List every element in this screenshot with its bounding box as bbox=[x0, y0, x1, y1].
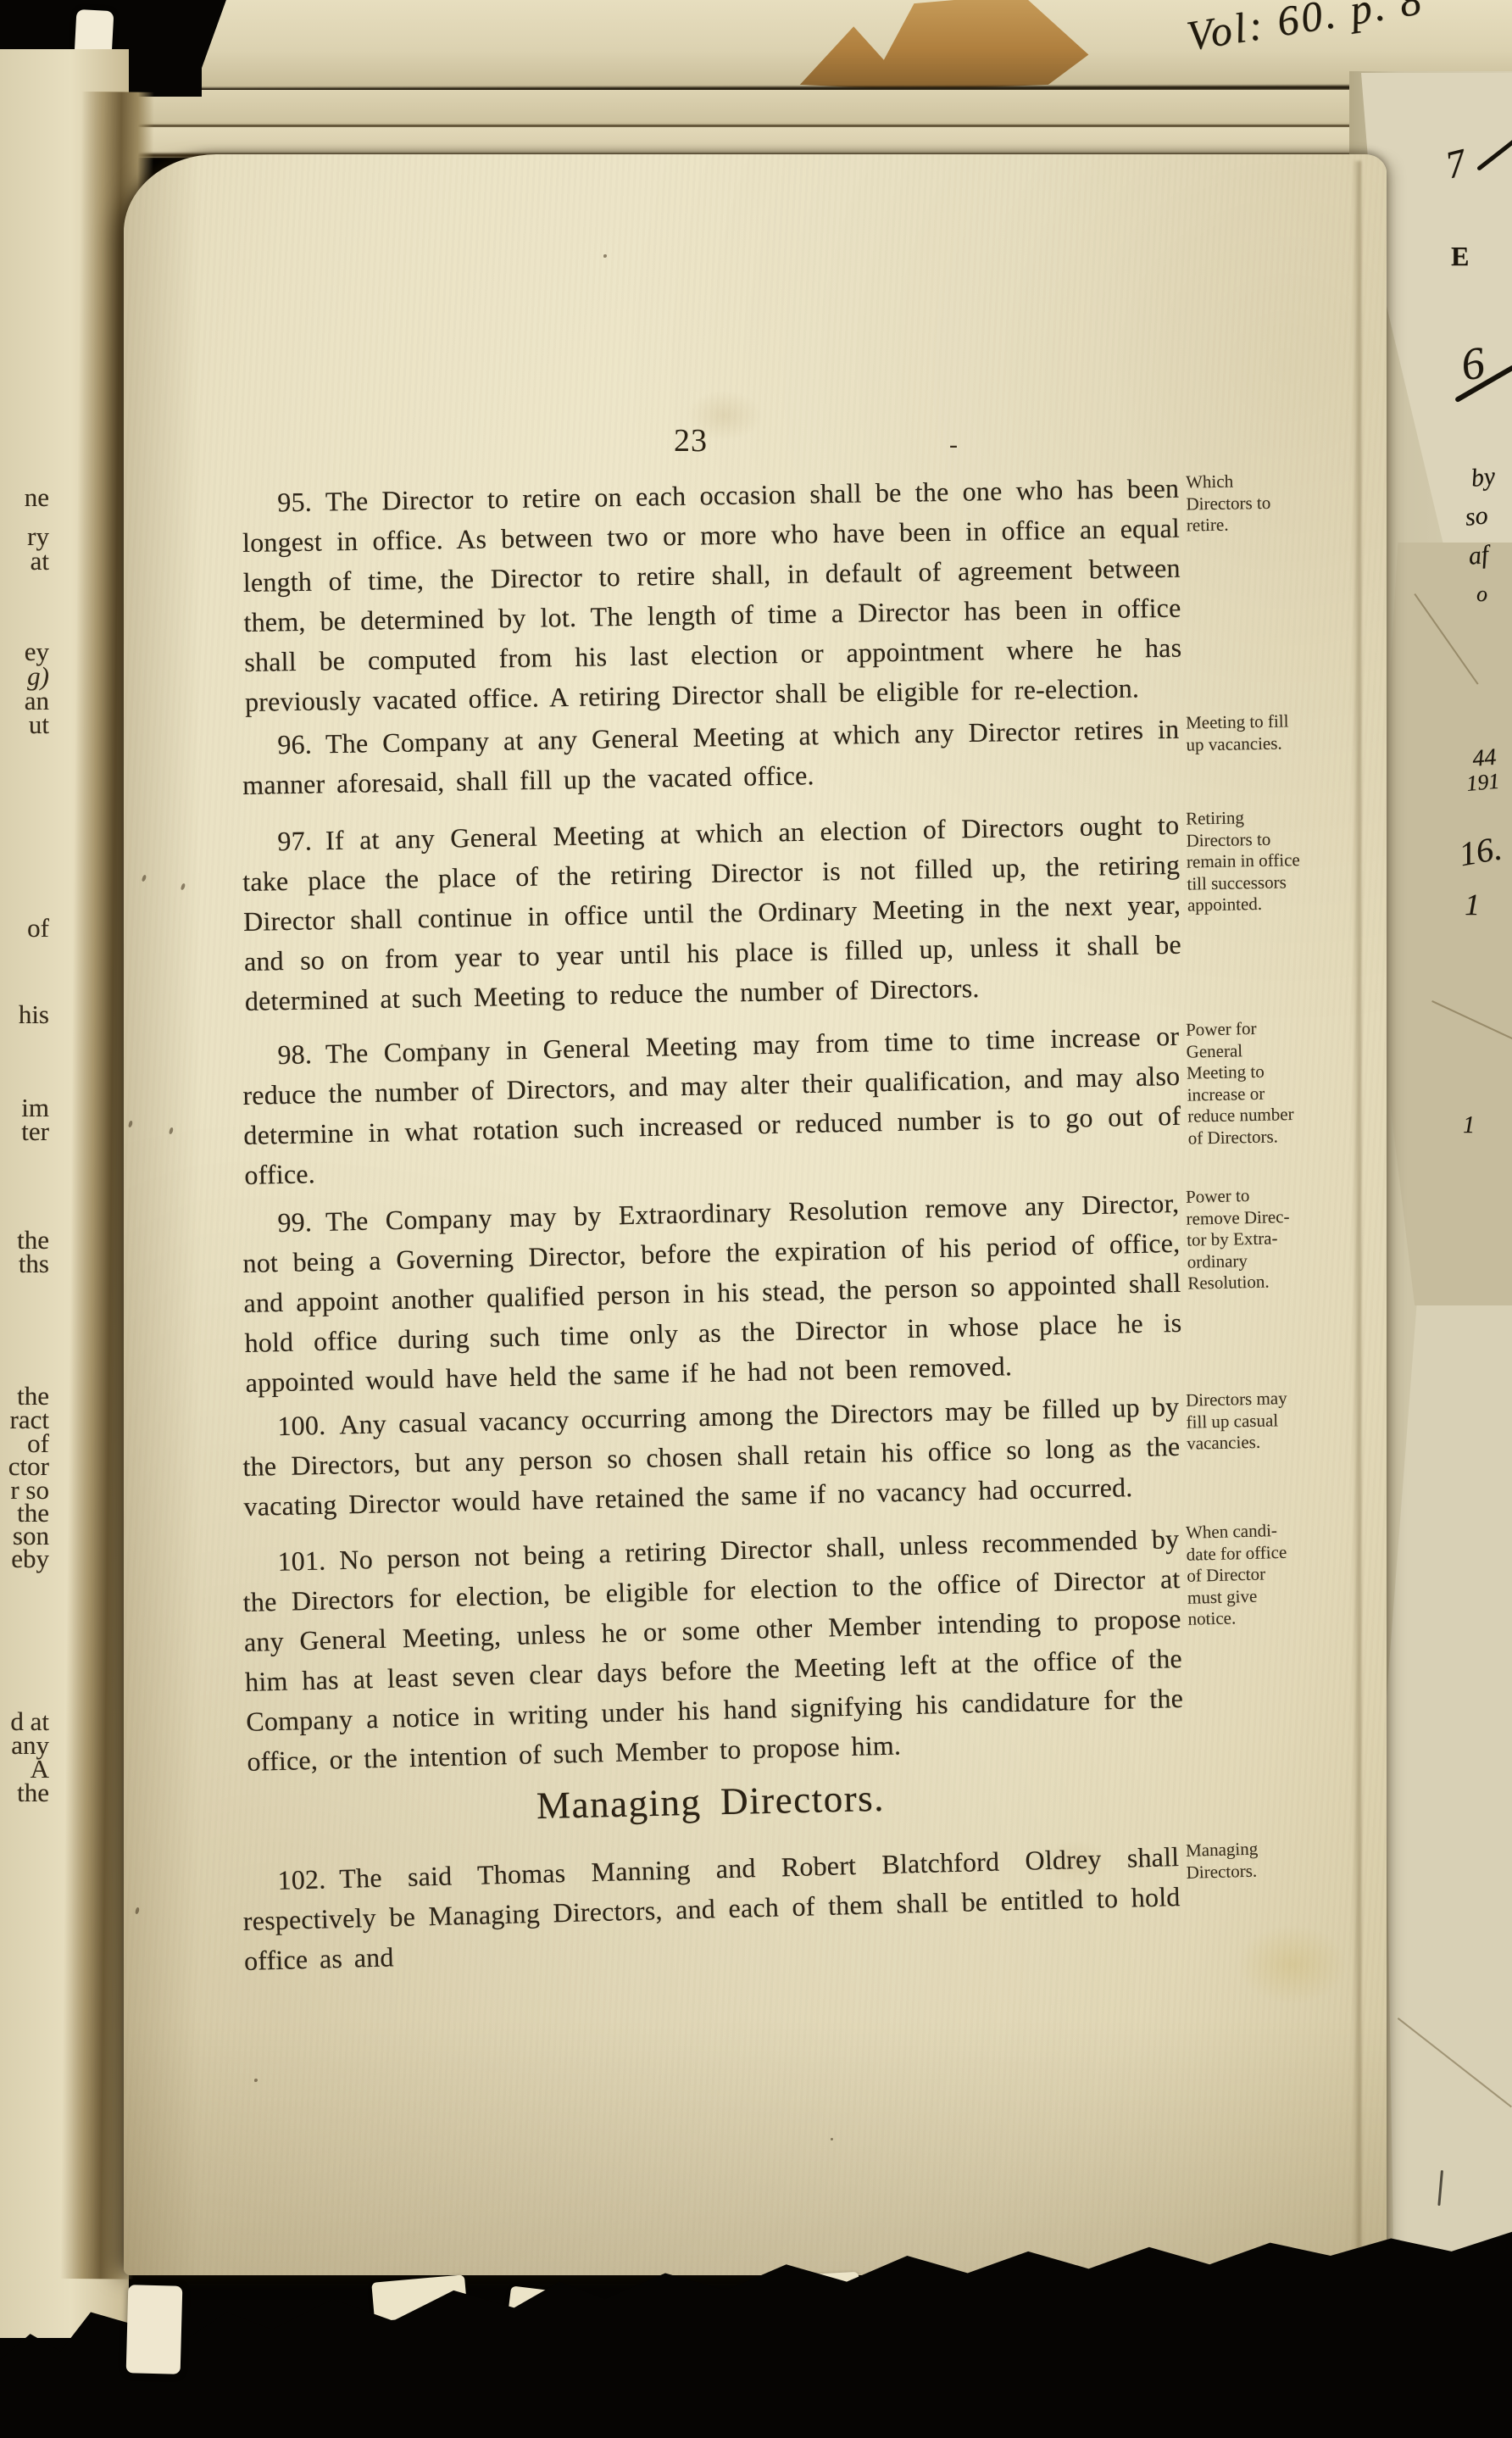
clause-number: 97. bbox=[277, 825, 312, 856]
clause-text: Any casual vacancy occurring among the D… bbox=[242, 1391, 1181, 1522]
margin-note: Directors may fill up casual vacancies. bbox=[1186, 1386, 1354, 1455]
margin-note: Which Directors to retire. bbox=[1186, 469, 1353, 537]
clause-number: 101. bbox=[277, 1545, 326, 1576]
margin-note: Managing Directors. bbox=[1186, 1836, 1353, 1884]
clause-text: The Company may by Extraordinary Resolut… bbox=[242, 1188, 1182, 1398]
clause-text: No person not being a retiring Director … bbox=[242, 1523, 1183, 1777]
left-page-text-fragment: eby bbox=[0, 1545, 49, 1573]
scanned-book-photo: Vol: 60. p. 8 7 E 6 by so af o 44 191 16… bbox=[0, 0, 1512, 2438]
clause-97: 97.If at any General Meeting at which an… bbox=[242, 802, 1364, 1021]
handwriting-mark: af bbox=[1467, 541, 1490, 571]
handwriting-mark: 191 bbox=[1465, 769, 1500, 797]
margin-note: Retiring Directors to remain in office t… bbox=[1186, 805, 1354, 916]
clause-text: The Director to retire on each occasion … bbox=[242, 473, 1182, 717]
clause-100: 100.Any casual vacancy occurring among t… bbox=[242, 1383, 1363, 1527]
handwriting-mark: 1 bbox=[1463, 1112, 1475, 1139]
bottom-left-paper-sliver bbox=[126, 2285, 183, 2374]
margin-note: Power for General Meeting to increase or… bbox=[1186, 1016, 1354, 1149]
clause-98: 98.The Company in General Meeting may fr… bbox=[242, 1012, 1364, 1195]
left-page-text-fragment: the bbox=[0, 1778, 49, 1807]
clause-number: 96. bbox=[277, 729, 312, 760]
left-page-text-fragment: of bbox=[0, 914, 49, 943]
left-page-text-fragment: at bbox=[0, 547, 49, 576]
clause-number: 95. bbox=[277, 487, 312, 518]
clause-text: If at any General Meeting at which an el… bbox=[242, 810, 1181, 1016]
page-number-dash: - bbox=[949, 431, 958, 459]
clause-text: The Company in General Meeting may from … bbox=[242, 1021, 1181, 1190]
handwriting-mark: 1 bbox=[1465, 887, 1480, 922]
handwriting-mark: by bbox=[1470, 462, 1497, 493]
clause-95: 95.The Director to retire on each occasi… bbox=[242, 465, 1364, 722]
top-page-layer-2 bbox=[125, 90, 1512, 129]
clause-number: 100. bbox=[277, 1410, 326, 1441]
clause-number: 102. bbox=[277, 1863, 326, 1895]
clause-number: 98. bbox=[277, 1038, 312, 1070]
left-page-text-fragment: ut bbox=[0, 710, 49, 739]
clause-99: 99.The Company may by Extraordinary Reso… bbox=[242, 1179, 1365, 1403]
clause-number: 99. bbox=[277, 1206, 312, 1238]
handwriting-mark: o bbox=[1476, 582, 1487, 607]
handwriting-mark: so bbox=[1464, 501, 1489, 532]
page-number: 23 bbox=[674, 422, 708, 459]
clause-text: The said Thomas Manning and Robert Blatc… bbox=[242, 1841, 1181, 1976]
margin-note: Meeting to fill up vacancies. bbox=[1186, 710, 1353, 755]
clause-text: The Company at any General Meeting at wh… bbox=[242, 714, 1180, 800]
left-page-text-fragment: ne bbox=[0, 483, 49, 512]
left-page-text-fragment: ter bbox=[0, 1117, 49, 1146]
left-page-text-fragment: ths bbox=[0, 1250, 49, 1278]
handwriting-mark: E bbox=[1451, 241, 1469, 272]
margin-note: Power to remove Direc- tor by Extra- ord… bbox=[1186, 1183, 1354, 1294]
handwriting-mark: 16. bbox=[1456, 827, 1504, 874]
margin-note: When candi- date for office of Director … bbox=[1186, 1518, 1354, 1630]
clause-101: 101.No person not being a retiring Direc… bbox=[242, 1515, 1366, 1782]
left-page-text-fragment: his bbox=[0, 1000, 49, 1029]
